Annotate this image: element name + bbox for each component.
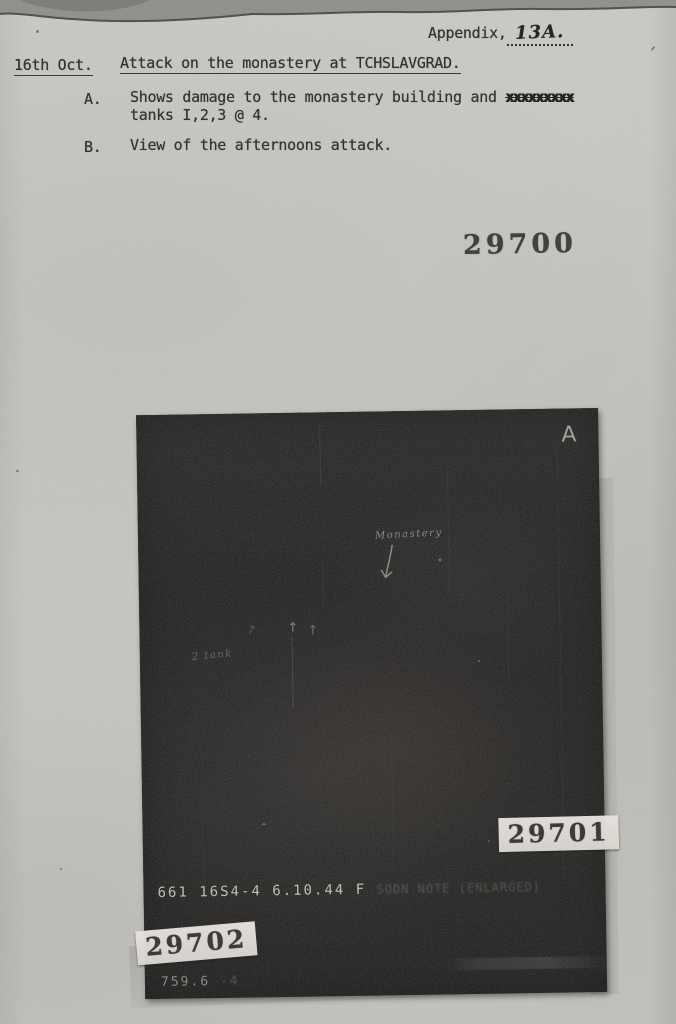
bottom-text-legible: 759.6 xyxy=(161,974,210,990)
photo-speck xyxy=(262,823,265,825)
strip-text-faint: SQDN NOTE (ENLARGED) xyxy=(376,880,541,897)
appendix-number-handwritten: 13A. xyxy=(515,21,565,44)
photo-scratch xyxy=(202,794,204,884)
heading-date: 16th Oct. xyxy=(14,56,93,74)
paper-speck xyxy=(651,46,656,51)
photo-label-29702: 29702 xyxy=(135,921,257,965)
bottom-text-faint: -4 xyxy=(220,974,240,989)
photo-label-29701: 29701 xyxy=(498,815,619,852)
photo-scratch xyxy=(507,589,509,679)
photo-illegible-smudge xyxy=(445,956,615,971)
photo-speck xyxy=(438,558,441,561)
paper-speck xyxy=(36,30,39,33)
torn-paper-top-edge xyxy=(0,0,676,26)
appendix-dotted-underline: 13A. xyxy=(507,24,574,46)
strip-text-legible: 661 16S4-4 6.10.44 F xyxy=(157,882,366,901)
photo-corner-letter: A xyxy=(561,422,576,447)
item-b-line1: View of the afternoons attack. xyxy=(130,136,392,154)
up-arrow-icon: ↑ xyxy=(243,622,259,640)
photo-bottom-text: 759.6 -4 xyxy=(161,974,240,990)
paper-speck xyxy=(60,868,62,870)
item-a-letter: A. xyxy=(84,90,101,108)
photo-scratch xyxy=(292,637,294,707)
heading-title-text: Attack on the monastery at TCHSLAVGRAD. xyxy=(120,54,461,74)
item-a-line1-text: Shows damage to the monastery building a… xyxy=(130,88,497,106)
photo-scratch xyxy=(319,424,321,484)
heading-date-text: 16th Oct. xyxy=(14,56,93,76)
appendix-line: Appendix, 13A. xyxy=(428,22,573,43)
item-a-line1: Shows damage to the monastery building a… xyxy=(130,88,573,106)
photo-scratch xyxy=(322,562,324,608)
photo-strip-text: 661 16S4-4 6.10.44 F SQDN NOTE (ENLARGED… xyxy=(157,879,541,901)
scanned-document-page: Appendix, 13A. 16th Oct. Attack on the m… xyxy=(0,0,676,1024)
annotation-monastery: Monastery xyxy=(375,527,443,541)
appendix-label: Appendix, xyxy=(428,24,507,42)
heading-title: Attack on the monastery at TCHSLAVGRAD. xyxy=(120,54,461,72)
up-arrow-icon: ↑ xyxy=(287,621,298,636)
aerial-photo: A Monastery 2 tank ↑ ↑ ↑ 29701 29702 661… xyxy=(136,408,607,999)
stamp-number-29700: 29700 xyxy=(463,228,577,261)
item-a-line2: tanks I,2,3 @ 4. xyxy=(130,106,270,124)
down-arrow-icon xyxy=(378,543,401,583)
photo-scratch xyxy=(557,449,565,879)
photo-grain-texture xyxy=(136,408,607,999)
photo-scratch xyxy=(447,470,450,590)
item-b-letter: B. xyxy=(84,138,101,156)
annotation-tank: 2 tank xyxy=(191,648,233,662)
photo-speck xyxy=(488,840,490,843)
paper-speck xyxy=(16,470,19,472)
photo-scratch xyxy=(391,731,394,871)
item-a-struck-text: xxxxxxxxx xyxy=(505,88,573,106)
up-arrow-icon: ↑ xyxy=(307,623,318,638)
photo-speck xyxy=(478,660,480,662)
